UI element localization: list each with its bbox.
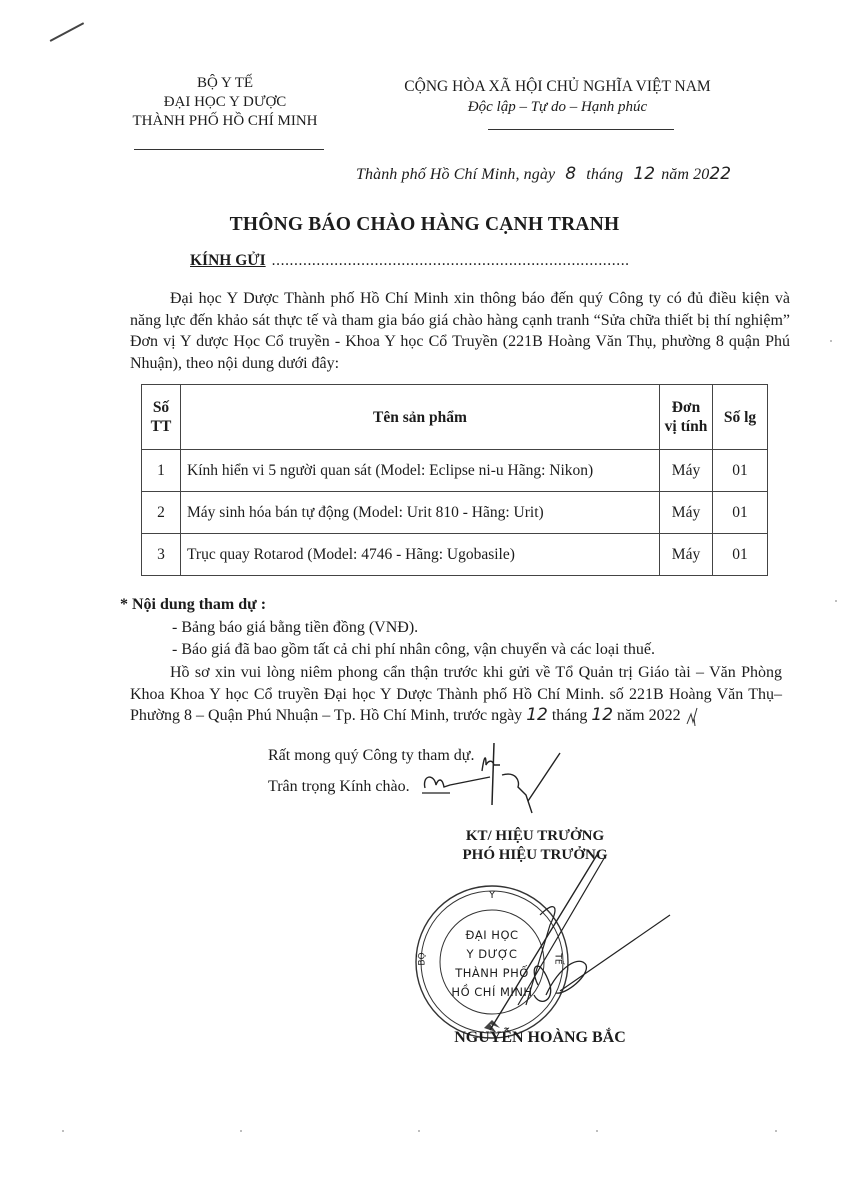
deadline-day: 12 — [526, 705, 548, 725]
row-unit: Máy — [660, 534, 713, 576]
header-left-rule — [134, 149, 324, 150]
date-year-suffix: 22 — [709, 164, 731, 184]
signature-scrawl-icon — [430, 845, 690, 1045]
row-unit: Máy — [660, 492, 713, 534]
scan-speck — [830, 340, 832, 342]
items-table: Số TT Tên sản phẩm Đơn vị tính Số lg 1 K… — [141, 384, 768, 576]
recipient-label: KÍNH GỬI — [190, 252, 266, 269]
row-stt: 1 — [142, 450, 181, 492]
scan-speck — [240, 1130, 242, 1132]
country-name: CỘNG HÒA XÃ HỘI CHỦ NGHĨA VIỆT NAM — [370, 77, 745, 97]
issuing-agency: BỘ Y TẾ ĐẠI HỌC Y DƯỢC THÀNH PHỐ HỒ CHÍ … — [100, 74, 350, 131]
row-unit: Máy — [660, 450, 713, 492]
table-row: 3 Trục quay Rotarod (Model: 4746 - Hãng:… — [142, 534, 768, 576]
scan-speck — [775, 1130, 777, 1132]
table-header-row: Số TT Tên sản phẩm Đơn vị tính Số lg — [142, 385, 768, 450]
national-motto: Độc lập – Tự do – Hạnh phúc — [370, 97, 745, 117]
table-row: 1 Kính hiển vi 5 người quan sát (Model: … — [142, 450, 768, 492]
recipient-blank: ........................................… — [272, 252, 630, 269]
submission-notice: Hồ sơ xin vui lòng niêm phong cẩn thận t… — [130, 662, 782, 728]
participation-bullet: - Bảng báo giá bằng tiền đồng (VNĐ). — [172, 619, 418, 637]
row-quantity: 01 — [713, 534, 768, 576]
handwritten-initials-icon — [420, 735, 580, 815]
header-quantity: Số lg — [713, 385, 768, 450]
row-product-name: Máy sinh hóa bán tự động (Model: Urit 81… — [181, 492, 660, 534]
participation-bullet: - Báo giá đã bao gồm tất cả chi phí nhân… — [172, 641, 655, 659]
date-line: Thành phố Hồ Chí Minh, ngày 8 tháng 12nă… — [356, 164, 731, 184]
closing-line-2: Trân trọng Kính chào. — [268, 778, 410, 796]
row-stt: 3 — [142, 534, 181, 576]
deadline-month-label: tháng — [552, 707, 588, 724]
university-city: THÀNH PHỐ HỒ CHÍ MINH — [100, 112, 350, 131]
row-quantity: 01 — [713, 492, 768, 534]
row-stt: 2 — [142, 492, 181, 534]
scan-speck — [596, 1130, 598, 1132]
table-row: 2 Máy sinh hóa bán tự động (Model: Urit … — [142, 492, 768, 534]
date-month-label: tháng — [586, 166, 623, 183]
date-month: 12 — [633, 164, 655, 184]
date-prefix: Thành phố Hồ Chí Minh, ngày — [356, 166, 555, 183]
date-day: 8 — [565, 164, 576, 184]
scan-speck — [62, 1130, 64, 1132]
header-right-rule — [488, 129, 674, 130]
recipient-line: KÍNH GỬI................................… — [190, 252, 630, 270]
document-title: THÔNG BÁO CHÀO HÀNG CẠNH TRANH — [0, 214, 849, 236]
initial-mark-icon — [685, 706, 703, 728]
row-product-name: Kính hiển vi 5 người quan sát (Model: Ec… — [181, 450, 660, 492]
participation-heading: * Nội dung tham dự : — [120, 596, 266, 614]
intro-paragraph: Đại học Y Dược Thành phố Hồ Chí Minh xin… — [130, 288, 790, 374]
header-stt: Số TT — [142, 385, 181, 450]
deadline-month: 12 — [591, 705, 613, 725]
header-unit: Đơn vị tính — [660, 385, 713, 450]
ministry-name: BỘ Y TẾ — [100, 74, 350, 93]
pen-mark — [50, 22, 84, 41]
scan-speck — [418, 1130, 420, 1132]
row-product-name: Trục quay Rotarod (Model: 4746 - Hãng: U… — [181, 534, 660, 576]
national-header: CỘNG HÒA XÃ HỘI CHỦ NGHĨA VIỆT NAM Độc l… — [370, 77, 745, 117]
signer-name: NGUYỄN HOÀNG BẮC — [390, 1029, 690, 1047]
row-quantity: 01 — [713, 450, 768, 492]
header-product-name: Tên sản phẩm — [181, 385, 660, 450]
university-name: ĐẠI HỌC Y DƯỢC — [100, 93, 350, 112]
scan-speck — [835, 600, 837, 602]
date-year-label: năm 20 — [661, 166, 709, 183]
signature-title-line-1: KT/ HIỆU TRƯỞNG — [430, 827, 640, 846]
deadline-year: năm 2022 — [617, 707, 681, 724]
